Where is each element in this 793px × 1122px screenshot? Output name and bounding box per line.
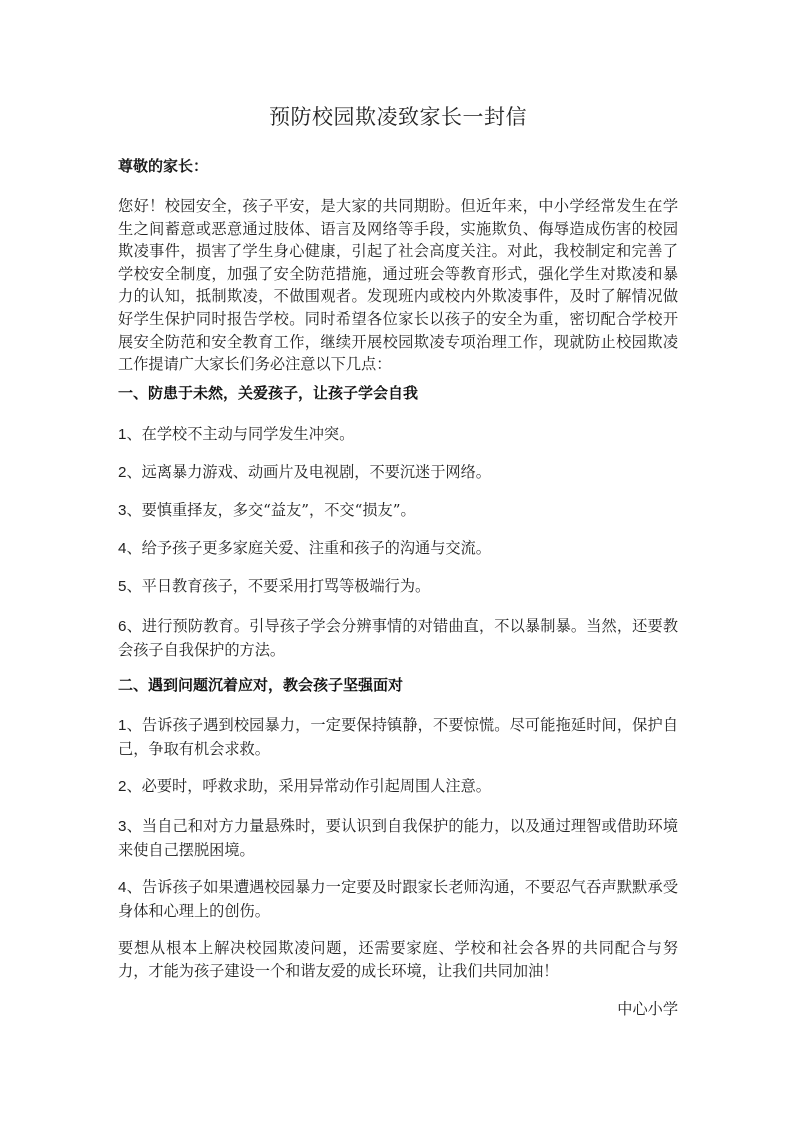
signature: 中心小学 (617, 998, 678, 1020)
document-title: 预防校园欺凌致家长一封信 (118, 102, 678, 132)
item-text: 、必要时，呼救求助，采用异常动作引起周围人注意。 (126, 777, 491, 795)
item-text: 、给予孩子更多家庭关爱、注重和孩子的沟通与交流。 (126, 539, 491, 557)
section-1-item-5: 5、平日教育孩子，不要采用打骂等极端行为。 (118, 575, 678, 599)
item-text: 、要慎重择友，多交“益友”，不交“损友”。 (126, 501, 415, 519)
intro-paragraph: 您好！校园安全，孩子平安，是大家的共同期盼。但近年来，中小学经常发生在学生之间蓄… (118, 195, 678, 376)
section-1-item-1: 1、在学校不主动与同学发生冲突。 (118, 423, 678, 447)
section-2-item-1: 1、告诉孩子遇到校园暴力，一定要保持镇静，不要惊慌。尽可能拖延时间，保护自己，争… (118, 714, 678, 760)
item-text: 、当自己和对方力量悬殊时，要认识到自我保护的能力，以及通过理智或借助环境来使自己… (118, 817, 678, 859)
section-2-item-4: 4、告诉孩子如果遭遇校园暴力一定要及时跟家长老师沟通，不要忍气吞声默默承受身体和… (118, 876, 678, 922)
item-text: 、告诉孩子如果遭遇校园暴力一定要及时跟家长老师沟通，不要忍气吞声默默承受身体和心… (118, 878, 678, 920)
section-1-item-6: 6、进行预防教育。引导孩子学会分辨事情的对错曲直，不以暴制暴。当然，还要教会孩子… (118, 615, 678, 661)
item-text: 、远离暴力游戏、动画片及电视剧，不要沉迷于网络。 (126, 463, 491, 481)
salutation: 尊敬的家长： (118, 155, 208, 177)
section-1-item-4: 4、给予孩子更多家庭关爱、注重和孩子的沟通与交流。 (118, 537, 678, 561)
section-1-item-3: 3、要慎重择友，多交“益友”，不交“损友”。 (118, 499, 678, 523)
section-2-item-2: 2、必要时，呼救求助，采用异常动作引起周围人注意。 (118, 775, 678, 799)
item-text: 、告诉孩子遇到校园暴力，一定要保持镇静，不要惊慌。尽可能拖延时间，保护自己，争取… (118, 716, 678, 758)
section-2-heading: 二、遇到问题沉着应对，教会孩子坚强面对 (118, 674, 678, 696)
item-text: 、进行预防教育。引导孩子学会分辨事情的对错曲直，不以暴制暴。当然，还要教会孩子自… (118, 617, 678, 659)
section-1-item-2: 2、远离暴力游戏、动画片及电视剧，不要沉迷于网络。 (118, 461, 678, 485)
section-2-item-3: 3、当自己和对方力量悬殊时，要认识到自我保护的能力，以及通过理智或借助环境来使自… (118, 815, 678, 861)
item-text: 、在学校不主动与同学发生冲突。 (126, 425, 354, 443)
section-1-heading: 一、防患于未然，关爱孩子，让孩子学会自我 (118, 382, 678, 404)
closing-paragraph: 要想从根本上解决校园欺凌问题，还需要家庭、学校和社会各界的共同配合与努力，才能为… (118, 937, 678, 982)
item-text: 、平日教育孩子，不要采用打骂等极端行为。 (126, 577, 430, 595)
